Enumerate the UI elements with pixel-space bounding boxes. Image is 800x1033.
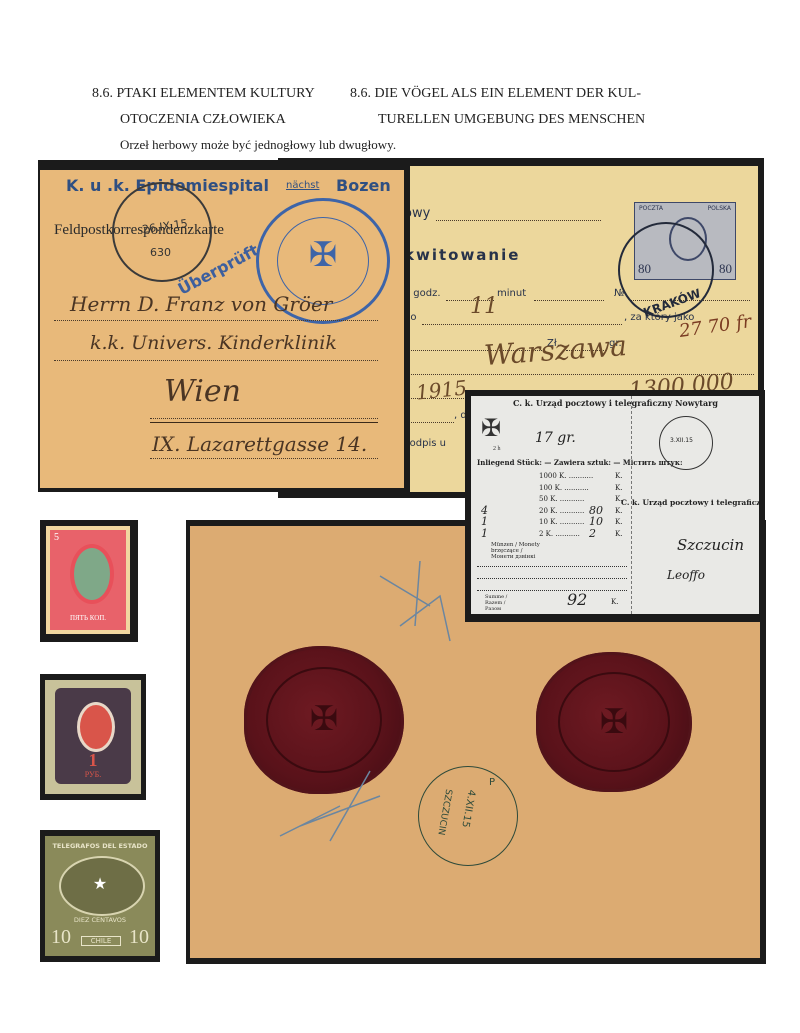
- szczucin-postmark: 4.XII.15 SZCZUCIN P: [418, 766, 518, 866]
- title-pl-line1: 8.6. PTAKI ELEMENTEM KULTURY: [92, 86, 315, 102]
- feldpost-postmark: 26.IX.15 630: [112, 182, 212, 282]
- pencil-mark: [270, 766, 390, 846]
- hand-year: 1915: [415, 375, 468, 404]
- stamp-top-text: TELEGRAFOS DEL ESTADO: [45, 842, 155, 850]
- row-denomination: 100 K. ...........: [539, 484, 589, 492]
- pencil-mark: [370, 556, 460, 646]
- double-eagle-icon: ✠: [536, 702, 692, 742]
- destination-handwritten: Szczucin: [677, 536, 744, 554]
- field-minut: minut: [497, 288, 526, 299]
- total-unit: K.: [611, 598, 618, 606]
- nowytarg-receipt: C. k. Urząd pocztowy i telegraficzny Now…: [471, 396, 759, 614]
- stamp-middle-text: DIEZ CENTAVOS: [45, 916, 155, 924]
- hand-place: Warszawa: [483, 329, 628, 372]
- stamp-denomination-label: ПЯТЬ КОП.: [46, 614, 130, 622]
- star-icon: ★: [45, 874, 155, 894]
- address-line-3: Wien: [164, 374, 241, 409]
- double-eagle-icon: ✠: [481, 414, 501, 443]
- russia-1-ruble-stamp: 1 РУБ.: [45, 680, 141, 794]
- row-denomination: 20 K. ...........: [539, 507, 584, 515]
- double-eagle-icon: ✠: [244, 699, 404, 739]
- stamp-label-left: POCZTA: [639, 205, 663, 212]
- postmark-date: 4.XII.15: [459, 789, 476, 829]
- wax-seal-right: ✠: [536, 652, 692, 792]
- coins-label: Münzen / Monety brzęczące / Монети дзвін…: [491, 542, 541, 560]
- second-office-heading: C. k. Urząd pocztowy i telegraficzny: [621, 498, 759, 507]
- stamp-country: CHILE: [81, 936, 121, 946]
- stamp-label-right: POLSKA: [708, 205, 731, 212]
- row-denomination: 2 K. ...........: [539, 530, 580, 538]
- postmark-date: 3.XII.15: [670, 437, 693, 444]
- stamp-value-right: 80: [719, 261, 732, 277]
- total-label: Summe / Razem / Разом: [485, 594, 515, 612]
- note-handwritten: Leoffo: [667, 568, 705, 582]
- postmark-number: 630: [150, 246, 171, 259]
- postmark-date: 26.IX.15: [141, 217, 188, 236]
- stamp-value-left: 10: [51, 926, 71, 949]
- total-value: 92: [567, 590, 587, 609]
- denomination-table: 1000 K. ...........K.100 K. ...........K…: [477, 472, 627, 541]
- nowytarg-postmark: 3.XII.15: [659, 416, 713, 470]
- postmark-city: SZCZUCIN: [435, 788, 453, 836]
- column-header: Inliegend Stück: — Zawiera sztuk: — Міст…: [477, 458, 683, 467]
- eagle-oval-icon: [77, 702, 115, 752]
- address-line-2: k.k. Univers. Kinderklinik: [90, 332, 337, 354]
- stamp-currency: РУБ.: [45, 770, 141, 779]
- subtitle: Orzeł herbowy może być jednogłowy lub dw…: [120, 137, 396, 153]
- signature-label: Podpis u: [404, 438, 446, 449]
- row-denomination: 1000 K. ...........: [539, 472, 593, 480]
- card-heading-naechst: nächst: [286, 180, 319, 191]
- row-amount: 2: [589, 527, 596, 540]
- receipt-heading: C. k. Urząd pocztowy i telegraficzny Now…: [513, 398, 718, 408]
- hand-minute: 11: [470, 294, 498, 319]
- table-row: 12 K. ...........2K.: [477, 530, 627, 542]
- table-row: 110 K. ...........10K.: [477, 518, 627, 530]
- chile-telegraph-stamp: TELEGRAFOS DEL ESTADO ★ DIEZ CENTAVOS 10…: [45, 836, 155, 956]
- receipt-code: 2 h: [493, 446, 501, 452]
- row-denomination: 10 K. ...........: [539, 518, 584, 526]
- title-de-line1: 8.6. DIE VÖGEL ALS EIN ELEMENT DER KUL-: [350, 86, 641, 102]
- title-pl-line2: OTOCZENIA CZŁOWIEKA: [120, 112, 286, 128]
- eagle-oval-icon: [70, 544, 114, 604]
- krakow-postmark: KRAKÓW: [618, 222, 714, 318]
- receipt-title: kwitowanie: [404, 246, 520, 264]
- feldpost-card: K. u .k. Epidemiespital nächst Bozen Fel…: [40, 170, 404, 488]
- address-line-4: IX. Lazarettgasse 14.: [152, 432, 367, 456]
- row-qty: 1: [481, 527, 488, 540]
- stamp-value-right: 10: [129, 926, 149, 949]
- russia-5-kopeks-stamp: 5 ПЯТЬ КОП.: [46, 526, 130, 634]
- postmark-letter: P: [489, 777, 495, 788]
- title-de-line2: TURELLEN UMGEBUNG DES MENSCHEN: [378, 112, 645, 128]
- row-denomination: 50 K. ...........: [539, 495, 584, 503]
- table-row: 1000 K. ...........K.: [477, 472, 627, 484]
- hand-count: 17 gr.: [535, 430, 576, 446]
- table-row: 420 K. ...........80K.: [477, 507, 627, 519]
- stamp-value: 1: [45, 750, 141, 771]
- address-line-1: Herrn D. Franz von Gröer: [70, 292, 332, 316]
- double-eagle-icon: ✠: [259, 235, 387, 275]
- table-row: 100 K. ...........K.: [477, 484, 627, 496]
- card-heading-bozen: Bozen: [336, 176, 391, 195]
- stamp-corner-value: 5: [54, 532, 59, 543]
- table-row: 50 K. ...........K.: [477, 495, 627, 507]
